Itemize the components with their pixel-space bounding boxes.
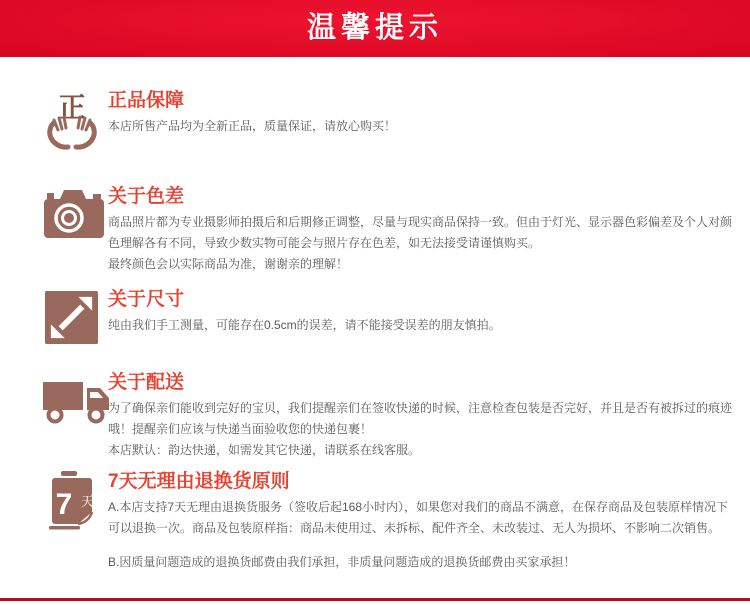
section-authentic-guarantee: 正 正品保障 本店所售产品均为全新正品，质量保证，请放心购买！	[0, 90, 750, 152]
camera-icon	[43, 186, 108, 240]
section-text: 纯由我们手工测量，可能存在0.5cm的误差，请不能接受误差的朋友慎拍。	[108, 315, 740, 336]
section-text: 本店所售产品均为全新正品，质量保证，请放心购买！	[108, 116, 740, 137]
section-text: 为了确保亲们能收到完好的宝贝，我们提醒亲们在签收快递的时候，注意检查包装是否完好…	[108, 398, 740, 440]
header-banner: 温馨提示	[0, 0, 750, 57]
section-text: B.因质量问题造成的退换货邮费由我们承担，非质量问题造成的退换货邮费由买家承担！	[108, 552, 740, 573]
calendar-unit-label: 天	[81, 494, 94, 509]
hands-authentic-icon: 正	[43, 90, 108, 152]
tips-content: 正 正品保障 本店所售产品均为全新正品，质量保证，请放心购买！	[0, 57, 750, 573]
delivery-truck-icon	[43, 378, 108, 426]
footer-divider	[0, 598, 750, 601]
section-title: 关于配送	[108, 372, 740, 393]
page-title: 温馨提示	[0, 0, 750, 57]
section-text: A.本店支持7天无理由退换货服务（签收后起168小时内），如果您对我们的商品不满…	[108, 497, 740, 539]
section-title: 7天无理由退换货原则	[108, 471, 740, 492]
section-return-policy: 7 天 7天无理由退换货原则 A.本店支持7天无理由退换货服务（签收后起168小…	[0, 471, 750, 573]
warm-tips-page: 温馨提示 正	[0, 0, 750, 605]
section-size: 关于尺寸 纯由我们手工测量，可能存在0.5cm的误差，请不能接受误差的朋友慎拍。	[0, 289, 750, 346]
section-text: 最终颜色会以实际商品为准，谢谢亲的理解！	[108, 254, 740, 275]
section-title: 正品保障	[108, 90, 740, 111]
section-color-difference: 关于色差 商品照片都为专业摄影师拍摄后和后期修正调整，尽量与现实商品保持一致。但…	[0, 186, 750, 275]
section-delivery: 关于配送 为了确保亲们能收到完好的宝贝，我们提醒亲们在签收快递的时候，注意检查包…	[0, 372, 750, 461]
calendar-day-label: 7	[56, 488, 73, 521]
size-arrows-icon	[43, 289, 108, 346]
section-title: 关于尺寸	[108, 289, 740, 310]
authentic-char-label: 正	[58, 92, 86, 124]
section-text: 本店默认：韵达快递，如需发其它快递，请联系在线客服。	[108, 440, 740, 461]
calendar-7days-icon: 7 天	[43, 471, 108, 533]
section-title: 关于色差	[108, 186, 740, 207]
section-text: 商品照片都为专业摄影师拍摄后和后期修正调整，尽量与现实商品保持一致。但由于灯光、…	[108, 212, 740, 254]
